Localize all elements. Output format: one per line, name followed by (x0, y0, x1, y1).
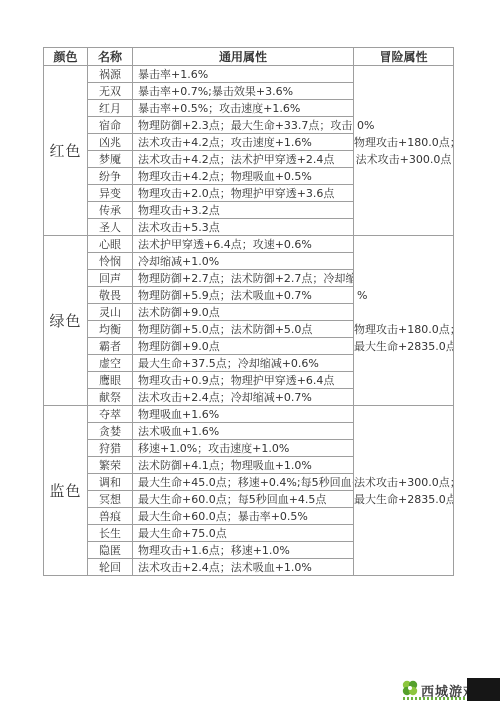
common-attrs-cell: 法术防御+9.0点 (133, 304, 354, 321)
common-attrs-cell: 法术攻击+2.4点；法术吸血+1.0% (133, 559, 354, 576)
item-name-cell: 敬畏 (88, 287, 133, 304)
common-attrs-cell: 法术防御+4.1点；物理吸血+1.0% (133, 457, 354, 474)
item-name-cell: 兽痕 (88, 508, 133, 525)
site-logo-icon (401, 679, 419, 697)
item-name-cell: 宿命 (88, 117, 133, 134)
item-name-cell: 轮回 (88, 559, 133, 576)
item-name-cell: 繁荣 (88, 457, 133, 474)
adventure-attr-line: 最大生命+2835.0点 (354, 493, 453, 507)
item-name-cell: 传承 (88, 202, 133, 219)
adventure-attrs-cell: 法术攻击+300.0点；最大生命+2835.0点 (354, 406, 454, 576)
adventure-attr-line: 法术攻击+300.0点 (354, 153, 453, 167)
common-attrs-cell: 暴击率+0.7%;暴击效果+3.6% (133, 83, 354, 100)
common-attrs-cell: 物理攻击+4.2点；物理吸血+0.5% (133, 168, 354, 185)
item-name-cell: 虚空 (88, 355, 133, 372)
common-attrs-cell: 物理防御+5.9点；法术吸血+0.7% (133, 287, 354, 304)
common-attrs-cell: 法术攻击+5.3点 (133, 219, 354, 236)
item-name-cell: 凶兆 (88, 134, 133, 151)
header-color: 颜色 (44, 48, 88, 66)
item-name-cell: 鹰眼 (88, 372, 133, 389)
item-name-cell: 异变 (88, 185, 133, 202)
common-attrs-cell: 最大生命+60.0点；每5秒回血+4.5点 (133, 491, 354, 508)
adventure-attr-line: 法术攻击+300.0点； (354, 476, 453, 490)
common-attrs-cell: 移速+1.0%；攻击速度+1.0% (133, 440, 354, 457)
watermark-dark-block (467, 678, 500, 701)
common-attrs-cell: 法术吸血+1.6% (133, 423, 354, 440)
table-body: 红色祸源暴击率+1.6%0%物理攻击+180.0点；法术攻击+300.0点无双暴… (44, 66, 454, 576)
item-name-cell: 回声 (88, 270, 133, 287)
watermark-url-line (403, 697, 465, 700)
item-name-cell: 心眼 (88, 236, 133, 253)
common-attrs-cell: 法术攻击+4.2点；攻击速度+1.6% (133, 134, 354, 151)
header-name: 名称 (88, 48, 133, 66)
common-attrs-cell: 暴击率+1.6% (133, 66, 354, 83)
common-attrs-cell: 物理吸血+1.6% (133, 406, 354, 423)
common-attrs-cell: 物理攻击+2.0点；物理护甲穿透+3.6点 (133, 185, 354, 202)
common-attrs-cell: 最大生命+75.0点 (133, 525, 354, 542)
item-name-cell: 灵山 (88, 304, 133, 321)
common-attrs-cell: 物理攻击+1.6点；移速+1.0% (133, 542, 354, 559)
attributes-table: 颜色 名称 通用属性 冒险属性 红色祸源暴击率+1.6%0%物理攻击+180.0… (43, 47, 454, 576)
color-group-label: 红色 (44, 66, 88, 236)
item-name-cell: 红月 (88, 100, 133, 117)
table-row: 监色夺萃物理吸血+1.6%法术攻击+300.0点；最大生命+2835.0点 (44, 406, 454, 423)
item-name-cell: 隐匿 (88, 542, 133, 559)
common-attrs-cell: 物理防御+5.0点；法术防御+5.0点 (133, 321, 354, 338)
common-attrs-cell: 物理攻击+3.2点 (133, 202, 354, 219)
common-attrs-cell: 暴击率+0.5%；攻击速度+1.6% (133, 100, 354, 117)
item-name-cell: 长生 (88, 525, 133, 542)
adventure-attr-line: 最大生命+2835.0点 (354, 340, 453, 354)
common-attrs-cell: 冷却缩减+1.0% (133, 253, 354, 270)
common-attrs-cell: 最大生命+60.0点；暴击率+0.5% (133, 508, 354, 525)
common-attrs-cell: 法术攻击+4.2点；法术护甲穿透+2.4点 (133, 151, 354, 168)
adventure-attr-line: 物理攻击+180.0点； (354, 136, 453, 150)
common-attrs-cell: 法术护甲穿透+6.4点；攻速+0.6% (133, 236, 354, 253)
item-name-cell: 夺萃 (88, 406, 133, 423)
item-name-cell: 冥想 (88, 491, 133, 508)
item-name-cell: 无双 (88, 83, 133, 100)
adventure-attrs-cell: 0%物理攻击+180.0点；法术攻击+300.0点 (354, 66, 454, 236)
header-adventure-attrs: 冒险属性 (354, 48, 454, 66)
common-attrs-cell: 法术攻击+2.4点；冷却缩减+0.7% (133, 389, 354, 406)
common-attrs-cell: 最大生命+45.0点；移速+0.4%;每5秒回血+5.2点 (133, 474, 354, 491)
item-name-cell: 均衡 (88, 321, 133, 338)
table-row: 红色祸源暴击率+1.6%0%物理攻击+180.0点；法术攻击+300.0点 (44, 66, 454, 83)
common-attrs-cell: 最大生命+37.5点；冷却缩减+0.6% (133, 355, 354, 372)
adventure-attr-line: 0% (354, 119, 453, 133)
item-name-cell: 纷争 (88, 168, 133, 185)
color-group-label: 绿色 (44, 236, 88, 406)
item-name-cell: 祸源 (88, 66, 133, 83)
item-name-cell: 怜悯 (88, 253, 133, 270)
header-row: 颜色 名称 通用属性 冒险属性 (44, 48, 454, 66)
item-name-cell: 调和 (88, 474, 133, 491)
common-attrs-cell: 物理防御+2.7点；法术防御+2.7点；冷却缩减+0.6 (133, 270, 354, 287)
common-attrs-cell: 物理防御+2.3点；最大生命+33.7点；攻击速度+1. (133, 117, 354, 134)
table-header: 颜色 名称 通用属性 冒险属性 (44, 48, 454, 66)
item-name-cell: 霸者 (88, 338, 133, 355)
table-row: 绿色心眼法术护甲穿透+6.4点；攻速+0.6%%物理攻击+180.0点；最大生命… (44, 236, 454, 253)
item-name-cell: 梦魇 (88, 151, 133, 168)
item-name-cell: 狩猎 (88, 440, 133, 457)
common-attrs-cell: 物理防御+9.0点 (133, 338, 354, 355)
item-name-cell: 献祭 (88, 389, 133, 406)
item-name-cell: 贪婪 (88, 423, 133, 440)
adventure-attr-line: 物理攻击+180.0点； (354, 323, 453, 337)
color-group-label: 监色 (44, 406, 88, 576)
header-common-attrs: 通用属性 (133, 48, 354, 66)
item-name-cell: 圣人 (88, 219, 133, 236)
common-attrs-cell: 物理攻击+0.9点；物理护甲穿透+6.4点 (133, 372, 354, 389)
adventure-attr-line: % (354, 289, 453, 303)
adventure-attrs-cell: %物理攻击+180.0点；最大生命+2835.0点 (354, 236, 454, 406)
